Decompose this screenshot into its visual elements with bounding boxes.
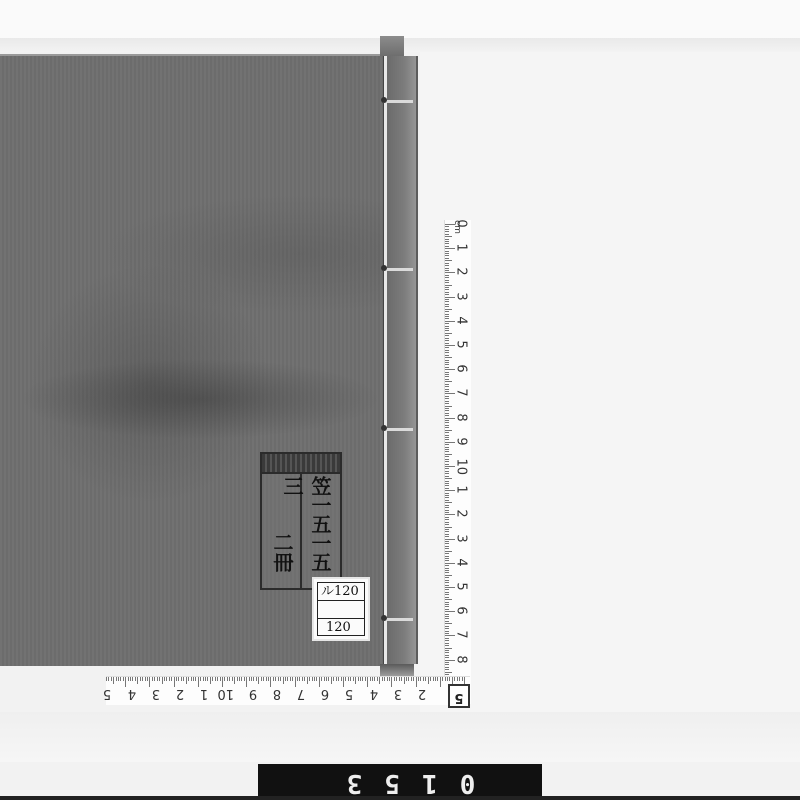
ruler-tick [108,677,109,681]
binding-knot [381,265,387,271]
ruler-tick [164,677,165,681]
ruler-tick [445,534,449,535]
ruler-tick [445,362,449,363]
spine-shadow-bottom [380,664,414,676]
ruler-tick [280,677,281,681]
ruler-tick [433,677,434,681]
ruler-tick [324,677,325,681]
ruler-number: 10 [454,459,469,473]
ruler-tick [445,246,449,247]
ruler-tick [445,289,449,290]
ruler-tick [285,677,286,681]
ruler-tick [145,677,146,681]
ruler-tick [411,677,412,681]
ruler-tick [445,231,449,232]
ruler-tick [457,677,458,681]
ruler-tick [227,677,228,681]
ruler-number: 9 [247,686,259,701]
binding-stitch [383,268,413,271]
ruler-tick [307,677,308,684]
ruler-tick [445,285,452,286]
binding-stitch [383,428,413,431]
ruler-tick [445,609,449,610]
ruler-tick [445,403,449,404]
ruler-tick [382,677,383,681]
ruler-tick [445,616,449,617]
ruler-tick [365,677,366,681]
ruler-tick [445,623,452,624]
ruler-tick [249,677,250,681]
ruler-tick [445,316,449,317]
ruler-tick [445,255,449,256]
ruler-tick [377,677,378,681]
ruler-tick [137,677,138,684]
ruler-tick [217,677,218,681]
ruler-tick [445,364,449,365]
ruler-tick [224,677,225,681]
ruler-number: 3 [392,686,404,701]
ruler-tick [445,529,449,530]
ruler-tick [445,275,449,276]
ruler-tick [389,677,390,681]
ruler-tick [447,677,448,681]
ruler-number: 5 [454,580,469,594]
ruler-tick [418,677,419,681]
ruler-tick [116,677,117,681]
ruler-number: 3 [454,289,469,303]
ruler-tick [445,599,452,600]
ruler-tick [241,677,242,681]
ruler-unit-label: cm [452,220,462,234]
ruler-tick [239,677,240,681]
ruler-tick [445,643,449,644]
ruler-tick [445,430,452,431]
ruler-tick [445,568,449,569]
ruler-tick [445,306,449,307]
ruler-tick [445,614,449,615]
ruler-tick [445,468,449,469]
ruler-tick [304,677,305,681]
binding-stitch [383,100,413,103]
ruler-tick [176,677,177,681]
ruler-tick [445,299,449,300]
ruler-tick [261,677,262,681]
ruler-tick [445,367,449,368]
ruler-tick [445,415,449,416]
ruler-tick [387,677,388,681]
vertical-ruler: 012345678910123456789 [444,220,471,704]
ruler-tick [445,618,449,619]
ruler-tick [445,251,449,252]
ruler-tick [445,507,449,508]
ruler-tick [445,444,449,445]
ruler-tick [178,677,179,681]
ruler-tick [372,677,373,681]
call-number-label: ル120 120 [312,577,370,641]
ruler-tick [445,347,449,348]
ruler-tick [445,626,449,627]
ruler-tick [159,677,160,681]
ruler-tick [445,374,449,375]
ruler-tick [278,677,279,681]
ruler-tick [413,677,414,681]
ruler-tick [445,234,449,235]
ruler-tick [445,338,449,339]
ruler-number: 4 [126,686,138,701]
ruler-tick [445,318,449,319]
ruler-tick [445,292,449,293]
ruler-tick [445,594,449,595]
ruler-tick [445,326,449,327]
ruler-tick [399,677,400,681]
ruler-tick [445,652,449,653]
ruler-tick [338,677,339,681]
ruler-tick [445,425,449,426]
ruler-tick [135,677,136,681]
ruler-tick [348,677,349,681]
ruler-tick [445,541,449,542]
ruler-tick [244,677,245,681]
ruler-tick [445,674,449,675]
ruler-tick [445,621,449,622]
ruler-tick [445,677,446,681]
ruler-tick [445,226,449,227]
ruler-tick [445,236,452,237]
ruler-tick [186,677,187,684]
ruler-tick [445,667,449,668]
ruler-tick [445,330,449,331]
ruler-tick [374,677,375,681]
ruler-tick [256,677,257,681]
ruler-tick [445,357,452,358]
frame-number: 0153 [258,768,542,798]
ruler-tick [157,677,158,681]
ruler-number: 8 [271,686,283,701]
ruler-tick [435,677,436,681]
ruler-tick [404,677,405,684]
ruler-tick [220,677,221,681]
ruler-tick [445,301,449,302]
ruler-number: 2 [454,507,469,521]
ruler-tick [445,495,449,496]
ruler-tick [355,677,356,684]
ruler-tick [445,427,449,428]
ruler-tick [445,280,449,281]
ruler-tick [445,500,449,501]
ruler-tick [210,677,211,684]
ruler-tick [299,677,300,681]
ruler-tick [459,677,460,681]
ruler-number: 1 [198,686,210,701]
ruler-tick [445,456,449,457]
ruler-tick [445,294,449,295]
ruler-tick [445,355,449,356]
ruler-tick [445,664,449,665]
ruler-number: 3 [150,686,162,701]
ruler-tick [445,476,449,477]
ruler-tick [128,677,129,681]
ruler-tick [445,410,449,411]
ruler-tick [445,277,449,278]
ruler-number: 5 [343,686,355,701]
ruler-number: 5 [454,338,469,352]
ruler-number: 7 [454,386,469,400]
ruler-number: 4 [368,686,380,701]
ruler-tick [333,677,334,681]
ruler-tick [445,314,449,315]
ruler-tick [430,677,431,681]
ruler-tick [152,677,153,681]
ruler-number: 4 [454,555,469,569]
ruler-tick [445,558,449,559]
ruler-tick [442,677,443,681]
ruler-tick [445,606,449,607]
backdrop-right [420,52,800,712]
ruler-tick [445,263,449,264]
ruler-tick [445,631,449,632]
ruler-tick [445,531,449,532]
book-spine [386,56,418,664]
ruler-tick [328,677,329,681]
ruler-tick [191,677,192,681]
ruler-tick [445,270,449,271]
ruler-tick [445,570,449,571]
ruler-tick [445,604,449,605]
ruler-tick [445,556,449,557]
ruler-tick [445,343,449,344]
ruler-tick [440,677,441,687]
ruler-tick [445,657,449,658]
title-slip-header [262,454,340,474]
ruler-number: 7 [454,628,469,642]
ruler-tick [428,677,429,684]
ruler-tick [142,677,143,681]
ruler-tick [445,577,449,578]
ruler-tick [445,522,449,523]
ruler-tick [445,422,449,423]
title-slip: 笠一五一五三 二冊 [260,452,342,590]
ruler-tick [445,461,449,462]
ruler-tick [445,505,449,506]
ruler-tick [147,677,148,681]
ruler-tick [445,536,449,537]
ruler-tick [273,677,274,681]
ruler-tick [445,435,449,436]
ruler-tick [445,408,449,409]
ruler-tick [379,677,380,684]
ruler-tick [445,548,449,549]
ruler-tick [232,677,233,681]
call-number-row-2 [318,601,364,619]
ruler-tick [445,572,449,573]
ruler-tick [420,677,421,681]
ruler-tick [452,677,453,684]
ruler-tick [445,589,449,590]
ruler-tick [445,517,449,518]
ruler-tick [181,677,182,681]
backdrop-top [0,0,800,40]
ruler-tick [195,677,196,681]
ruler-tick [358,677,359,681]
ruler-tick [394,677,395,681]
ruler-tick [445,304,449,305]
ruler-tick [362,677,363,681]
ruler-tick [445,473,449,474]
ruler-tick [445,672,452,673]
ruler-tick [370,677,371,681]
ruler-number: 2 [416,686,428,701]
ruler-tick [106,677,107,681]
ruler-tick [445,493,449,494]
ruler-tick [445,260,452,261]
ruler-tick [445,551,452,552]
ruler-tick [445,527,452,528]
ruler-tick [445,464,449,465]
ruler-number: 4 [454,313,469,327]
ruler-tick [445,524,449,525]
ruler-tick [445,432,449,433]
ruler-tick [408,677,409,681]
title-slip-title: 笠一五一五三 [306,476,334,588]
ruler-tick [251,677,252,681]
ruler-tick [445,309,452,310]
ruler-tick [326,677,327,681]
ruler-tick [183,677,184,681]
ruler-tick [205,677,206,681]
ruler-tick [445,510,449,511]
ruler-tick [237,677,238,681]
binding-knot [381,97,387,103]
ruler-tick [401,677,402,681]
ruler-tick [445,265,449,266]
ruler-tick [287,677,288,681]
ruler-tick [445,582,449,583]
ruler-number: 2 [174,686,186,701]
ruler-tick [263,677,264,681]
ruler-tick [309,677,310,681]
ruler-tick [445,497,449,498]
ruler-tick [360,677,361,681]
ruler-tick [445,386,449,387]
ruler-tick [154,677,155,681]
ruler-tick [445,379,449,380]
ruler-tick [321,677,322,681]
ruler-tick [445,640,449,641]
ruler-tick [454,677,455,681]
ruler-number: 1 [454,241,469,255]
ruler-tick [425,677,426,681]
binding-knot [381,615,387,621]
ruler-tick [445,323,449,324]
ruler-tick [234,677,235,684]
ruler-tick [140,677,141,681]
ruler-tick [445,546,449,547]
ruler-tick [111,677,112,681]
ruler-tick [445,669,449,670]
ruler-tick [275,677,276,681]
ruler-tick [253,677,254,681]
ruler-tick [445,360,449,361]
ruler-tick [445,437,449,438]
ruler-tick [445,391,449,392]
ruler-tick [445,662,449,663]
ruler-number: 7 [295,686,307,701]
backdrop-bottom [0,712,800,762]
ruler-tick [445,580,449,581]
ruler-tick [462,677,463,681]
ruler-tick [445,471,449,472]
ruler-tick [292,677,293,681]
ruler-tick [445,543,449,544]
ruler-tick [130,677,131,681]
ruler-tick [445,253,449,254]
ruler-tick [445,268,449,269]
ruler-tick [445,585,449,586]
ruler-tick [445,287,449,288]
call-number-row-3: 120 [318,619,364,636]
film-edge [0,796,800,800]
ruler-tick [445,413,449,414]
ruler-tick [215,677,216,681]
ruler-tick [171,677,172,681]
ruler-number: 8 [454,410,469,424]
ruler-number: 8 [454,652,469,666]
ruler-tick [162,677,163,684]
ruler-tick [445,565,449,566]
ruler-tick [336,677,337,681]
ruler-tick [314,677,315,681]
ruler-tick [290,677,291,681]
ruler-tick [266,677,267,681]
ruler-tick [113,677,114,684]
ruler-tick [258,677,259,684]
ruler-tick [331,677,332,684]
ruler-corner-label: 5 [448,684,470,708]
ruler-tick [445,592,449,593]
ruler-tick [445,451,449,452]
binding-thread [383,56,387,664]
ruler-tick [341,677,342,681]
ruler-tick [445,241,449,242]
ruler-tick [445,481,449,482]
ruler-tick [445,311,449,312]
ruler-tick [445,478,452,479]
ruler-tick [445,389,449,390]
ruler-tick [445,575,452,576]
ruler-tick [445,454,452,455]
ruler-tick [445,372,449,373]
ruler-tick [396,677,397,681]
ruler-tick [445,282,449,283]
ruler-tick [445,398,449,399]
ruler-tick [406,677,407,681]
ruler-tick [445,488,449,489]
ruler-tick [445,350,449,351]
ruler-tick [384,677,385,681]
title-slip-volume: 二冊 [268,532,296,572]
ruler-tick [437,677,438,681]
ruler-number: 9 [454,434,469,448]
ruler-tick [445,485,449,486]
ruler-tick [445,396,449,397]
ruler-tick [449,677,450,681]
ruler-tick [166,677,167,681]
ruler-tick [169,677,170,681]
ruler-tick [120,677,121,681]
ruler-tick [229,677,230,681]
ruler-tick [302,677,303,681]
ruler-number: 2 [454,265,469,279]
